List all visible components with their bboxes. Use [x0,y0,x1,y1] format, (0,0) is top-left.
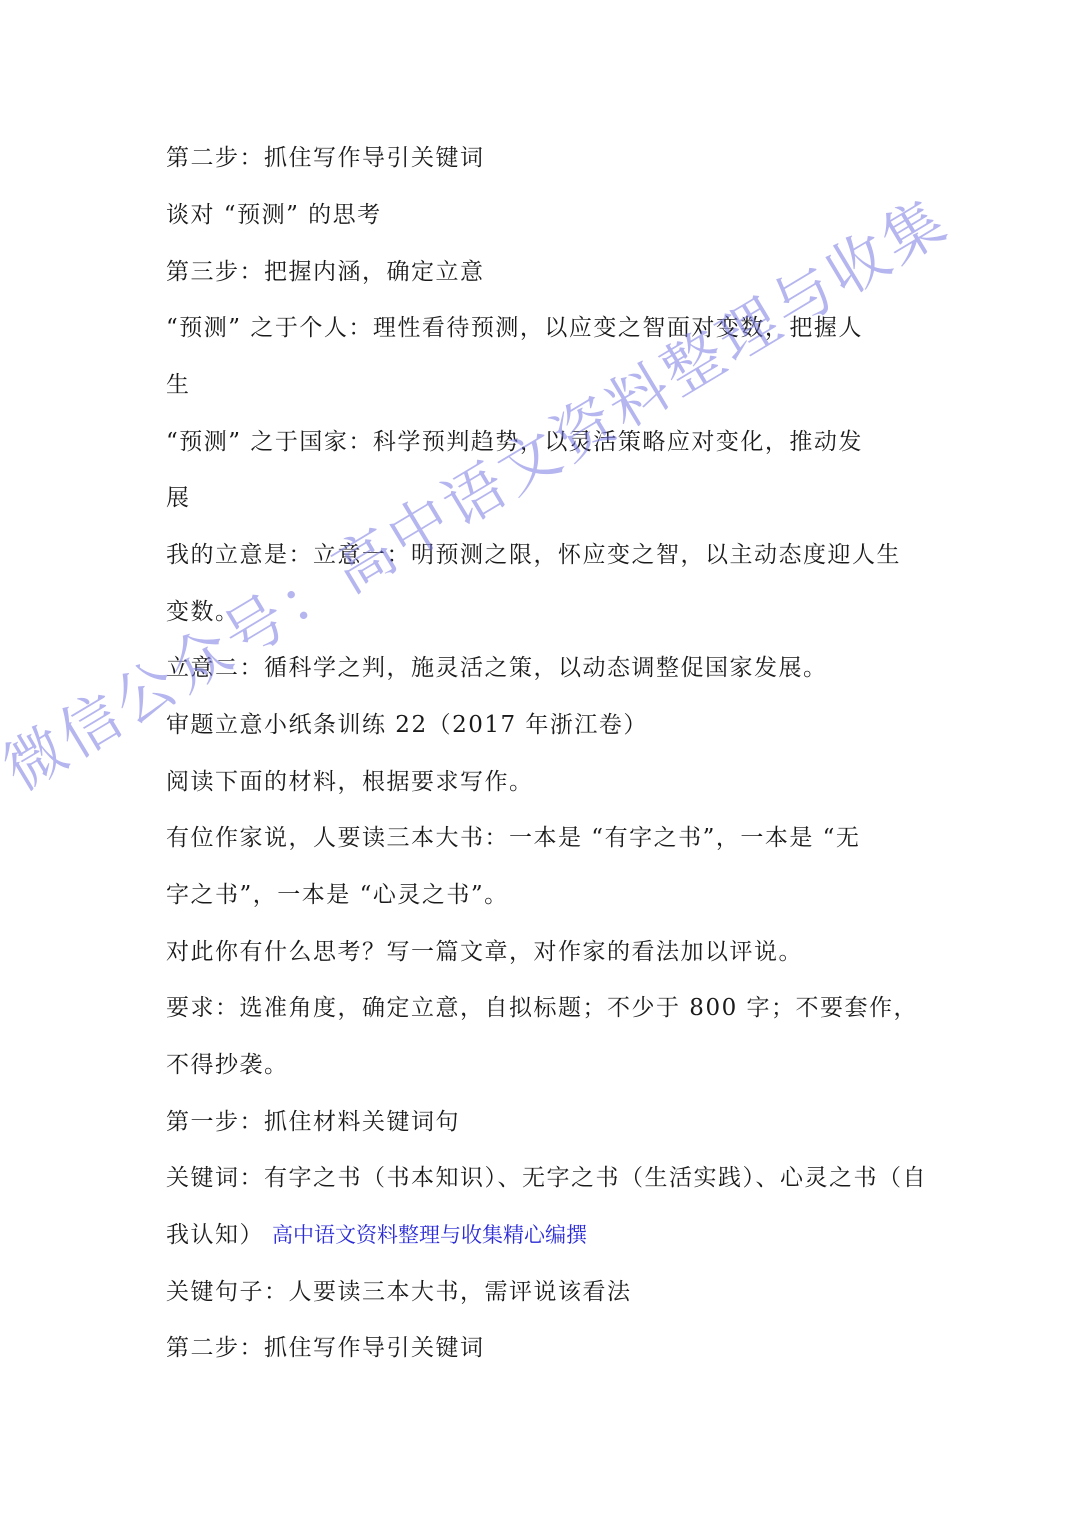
personal-meaning-line-cont: 生 [166,370,191,400]
thesis-one-line-cont: 变数。 [166,597,240,627]
keywords-line: 关键词：有字之书（书本知识）、无字之书（生活实践）、心灵之书（自 [166,1163,927,1193]
watermark: 微信公众号：高中语文资料整理与收集 [0,127,1057,805]
requirements-line-cont: 不得抄袭。 [166,1050,289,1080]
keywords-line-cont: 我认知）高中语文资料整理与收集精心编撰 [166,1220,587,1250]
keywords-line-cont-text: 我认知） [166,1222,264,1248]
document-page: 第二步：抓住写作导引关键词 谈对 “预测” 的思考 第三步：把握内涵，确定立意 … [0,0,1080,1528]
requirements-line: 要求：选准角度，确定立意，自拟标题；不少于 800 字；不要套作， [166,993,918,1023]
key-sentence-line: 关键句子：人要读三本大书，需评说该看法 [166,1277,632,1307]
credit-text: 高中语文资料整理与收集精心编撰 [272,1223,587,1247]
thesis-two-line: 立意二：循科学之判，施灵活之策，以动态调整促国家发展。 [166,653,828,683]
step-three-heading: 第三步：把握内涵，确定立意 [166,257,485,287]
thesis-one-line: 我的立意是：立意一：明预测之限，怀应变之智，以主动态度迎人生 [166,540,901,570]
national-meaning-line: “预测” 之于国家：科学预判趋势，以灵活策略应对变化，推动发 [166,427,863,457]
step-two-heading: 第二步：抓住写作导引关键词 [166,143,485,173]
material-line: 有位作家说，人要读三本大书：一本是 “有字之书”，一本是 “无 [166,823,860,853]
instruction-line: 阅读下面的材料，根据要求写作。 [166,767,534,797]
personal-meaning-line: “预测” 之于个人：理性看待预测，以应变之智面对变数，把握人 [166,313,863,343]
material-line-cont: 字之书”，一本是 “心灵之书”。 [166,880,509,910]
exercise-title: 审题立意小纸条训练 22（2017 年浙江卷） [166,710,648,740]
topic-line: 谈对 “预测” 的思考 [166,200,382,230]
step-one-heading: 第一步：抓住材料关键词句 [166,1107,460,1137]
step-two-heading-repeat: 第二步：抓住写作导引关键词 [166,1333,485,1363]
question-line: 对此你有什么思考？写一篇文章，对作家的看法加以评说。 [166,937,803,967]
national-meaning-line-cont: 展 [166,483,191,513]
